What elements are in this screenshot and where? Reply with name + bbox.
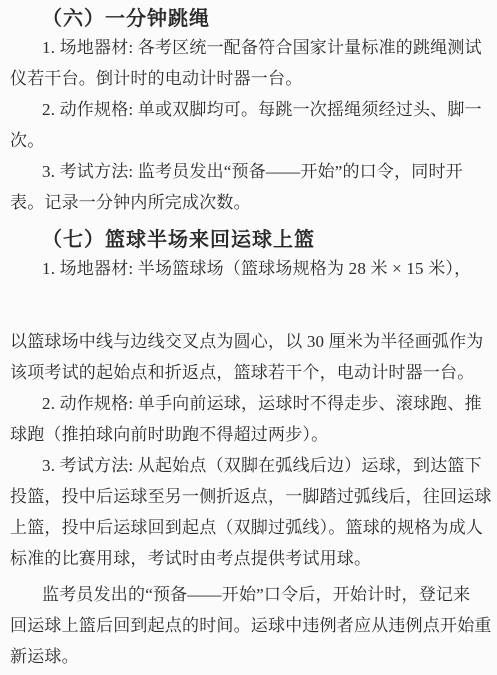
- text-line: 上篮，投中后运球回到起点（双脚过弧线）。篮球的规格为成人: [10, 512, 491, 543]
- text-line: 仪若干台。倒计时的电动计时器一台。: [10, 63, 491, 94]
- text-line: 1. 场地器材: 半场篮球场（篮球场规格为 28 米 × 15 米），: [10, 253, 491, 284]
- text-line: 1. 场地器材: 各考区统一配备符合国家计量标准的跳绳测试: [10, 32, 491, 63]
- text-line: 次。: [10, 125, 491, 156]
- text-line: 标准的比赛用球，考试时由考点提供考试用球。: [10, 543, 491, 574]
- text-line: 2. 动作规格: 单或双脚均可。每跳一次摇绳须经过头、脚一: [10, 94, 491, 125]
- document-page: （六）一分钟跳绳 1. 场地器材: 各考区统一配备符合国家计量标准的跳绳测试 仪…: [0, 0, 497, 675]
- text-line: 监考员发出的“预备——开始”口令后，开始计时，登记来: [10, 579, 491, 610]
- section-6-heading: （六）一分钟跳绳: [10, 6, 491, 32]
- text-line: 该项考试的起始点和折返点，篮球若干个，电动计时器一台。: [10, 357, 491, 388]
- text-line: 3. 考试方法: 从起始点（双脚在弧线后边）运球，到达篮下: [10, 450, 491, 481]
- text-line: 以篮球场中线与边线交叉点为圆心，以 30 厘米为半径画弧作为: [10, 326, 491, 357]
- text-line: 2. 动作规格: 单手向前运球，运球时不得走步、滚球跑、推: [10, 388, 491, 419]
- text-line: 球跑（推拍球向前时助跑不得超过两步）。: [10, 419, 491, 450]
- text-line: 回运球上篮后回到起点的时间。运球中违例者应从违例点开始重: [10, 610, 491, 641]
- text-line: 新运球。: [10, 641, 491, 672]
- text-line: 投篮，投中后运球至另一侧折返点，一脚踏过弧线后，往回运球: [10, 481, 491, 512]
- text-line: 表。记录一分钟内所完成次数。: [10, 187, 491, 218]
- section-7-heading: （七）篮球半场来回运球上篮: [10, 227, 491, 253]
- text-line: 3. 考试方法: 监考员发出“预备——开始”的口令，同时开: [10, 156, 491, 187]
